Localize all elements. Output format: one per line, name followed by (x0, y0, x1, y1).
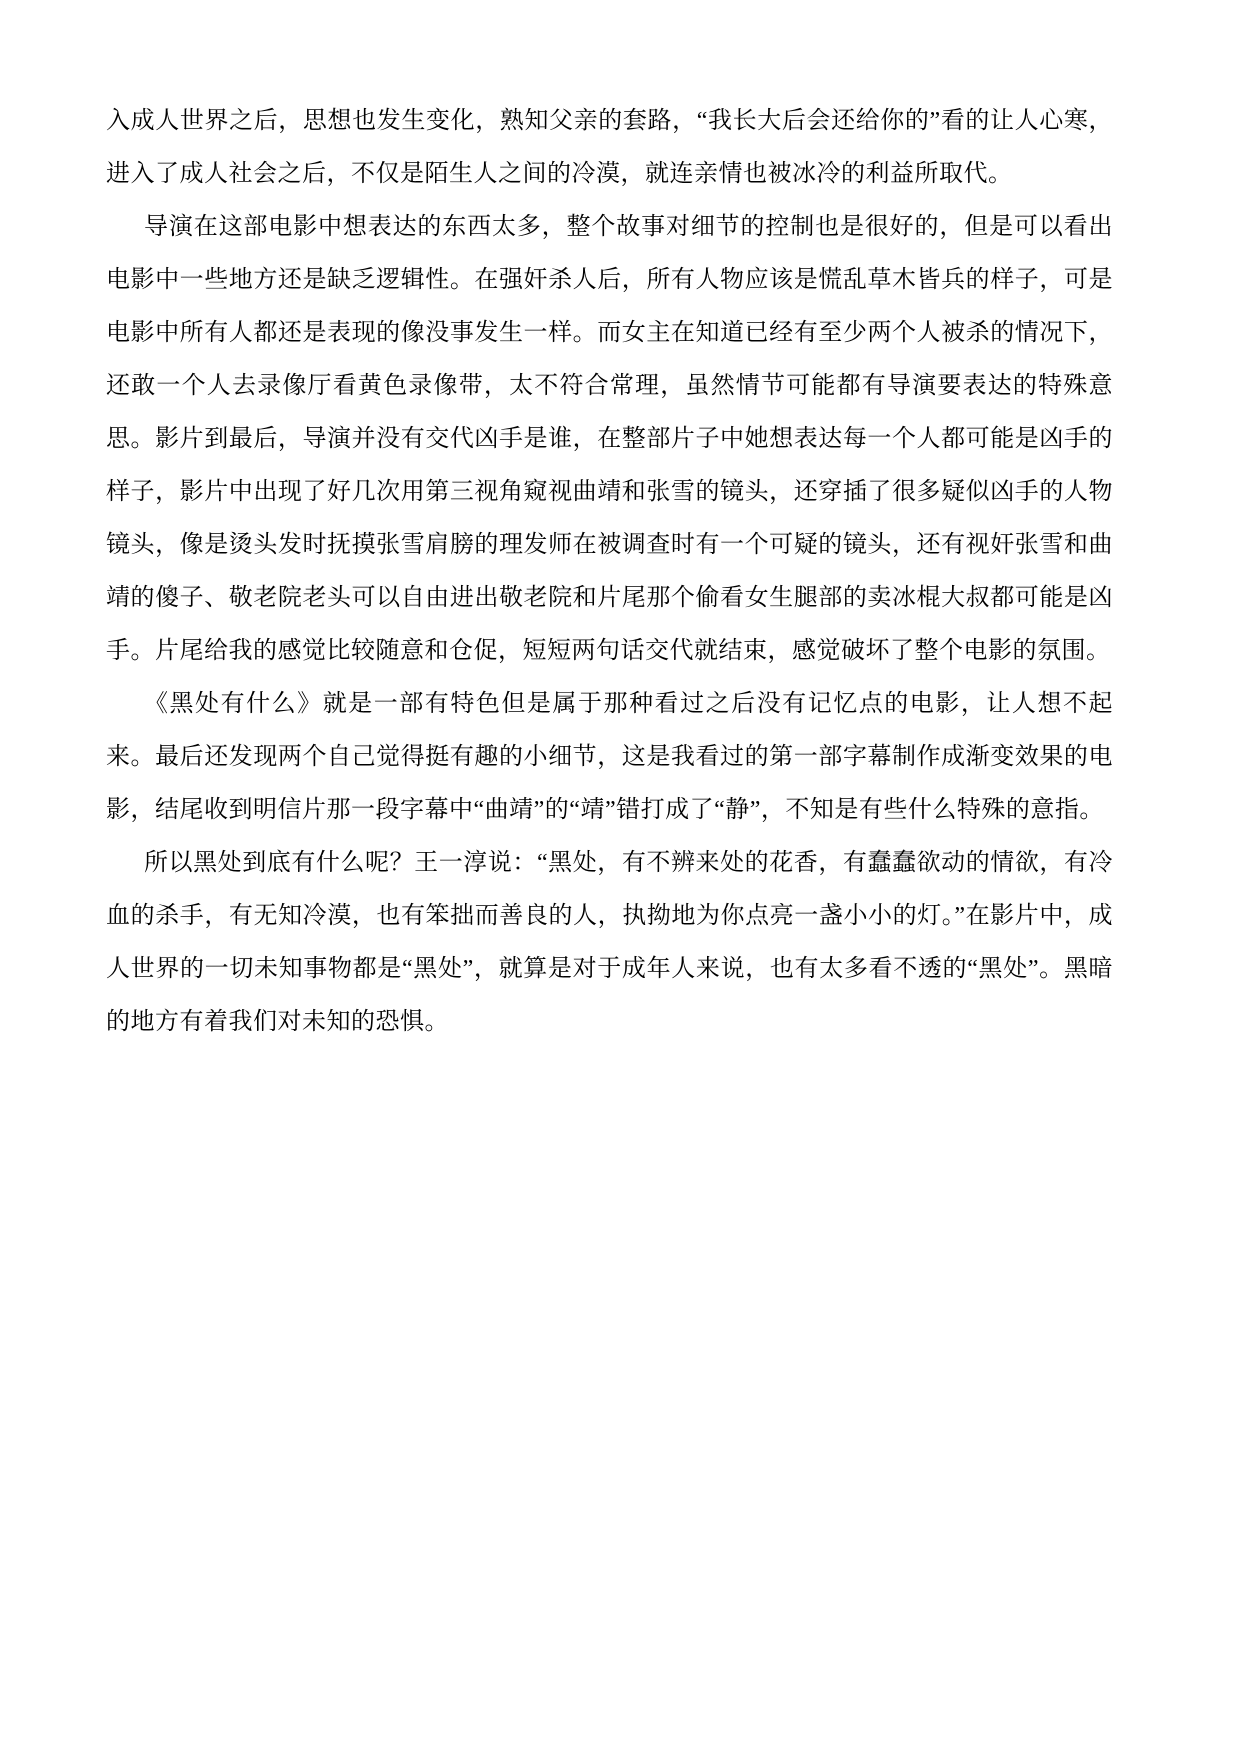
paragraph-impression: 《黑处有什么》就是一部有特色但是属于那种看过之后没有记忆点的电影，让人想不起来。… (106, 678, 1113, 837)
paragraph-critique: 导演在这部电影中想表达的东西太多，整个故事对细节的控制也是很好的，但是可以看出电… (106, 201, 1113, 678)
paragraph-continuation: 入成人世界之后，思想也发生变化，熟知父亲的套路，“我长大后会还给你的”看的让人心… (106, 95, 1113, 201)
document-content: 入成人世界之后，思想也发生变化，熟知父亲的套路，“我长大后会还给你的”看的让人心… (106, 95, 1113, 1049)
paragraph-conclusion: 所以黑处到底有什么呢？王一淳说：“黑处，有不辨来处的花香，有蠢蠢欲动的情欲，有冷… (106, 837, 1113, 1049)
document-page: 入成人世界之后，思想也发生变化，熟知父亲的套路，“我长大后会还给你的”看的让人心… (0, 0, 1239, 1754)
